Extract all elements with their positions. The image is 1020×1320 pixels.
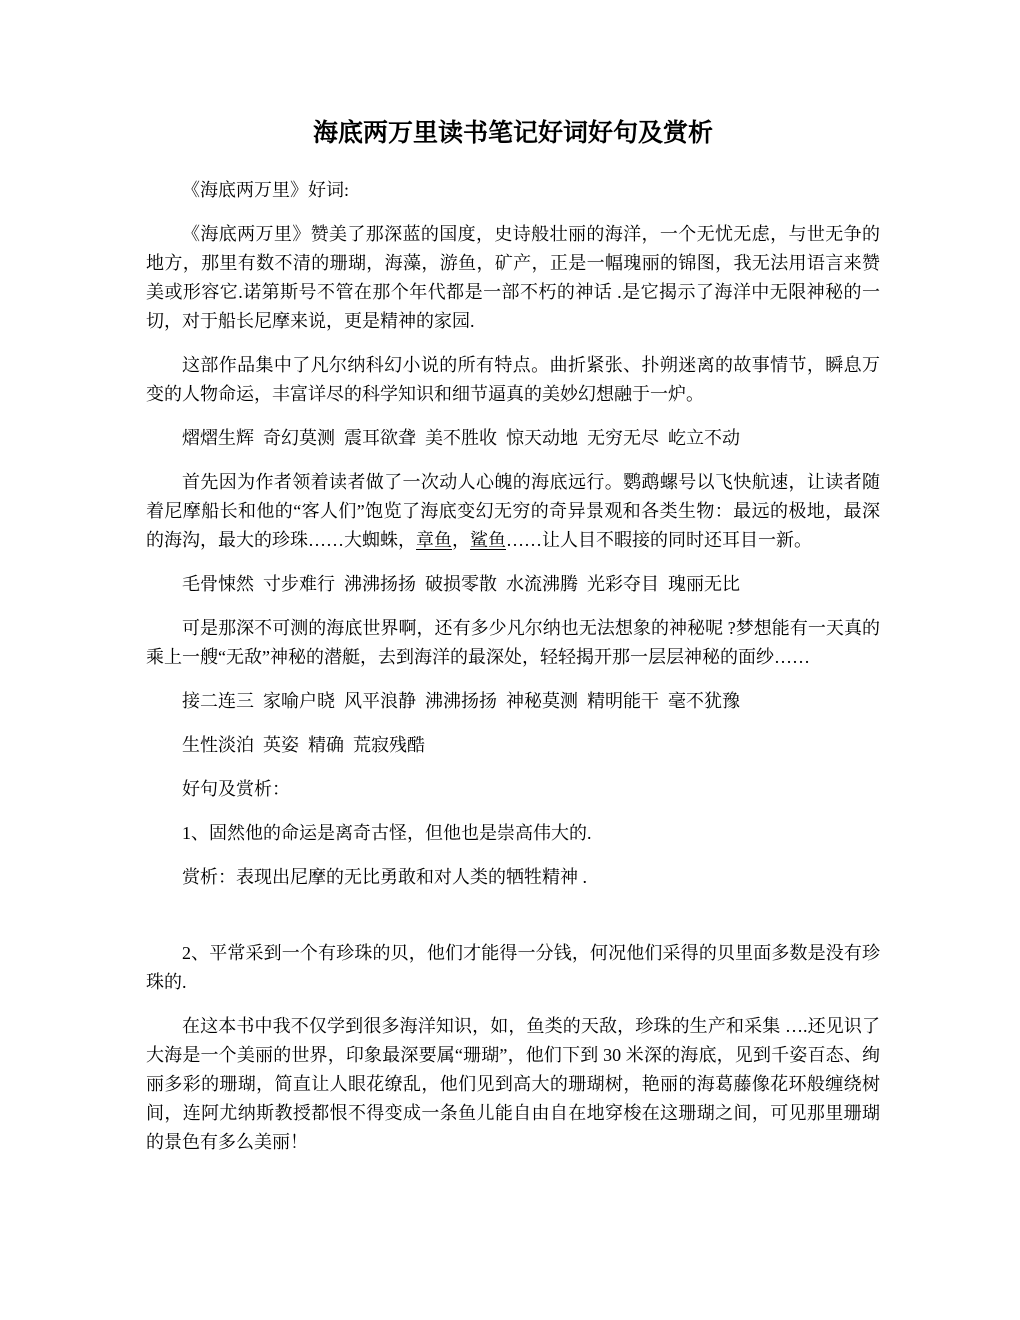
text-segment: ， <box>452 530 470 550</box>
paragraph-praise: 《海底两万里》赞美了那深蓝的国度，史诗般壮丽的海洋，一个无忧无虑，与世无争的地方… <box>146 220 880 336</box>
underlined-word: 鲨鱼 <box>470 530 506 550</box>
word-list-4: 生性淡泊 英姿 精确 荒寂残酷 <box>146 731 880 760</box>
analysis-1: 赏析：表现出尼摩的无比勇敢和对人类的牺牲精神 . <box>146 863 880 892</box>
word-list-2: 毛骨悚然 寸步难行 沸沸扬扬 破损零散 水流沸腾 光彩夺目 瑰丽无比 <box>146 570 880 599</box>
paragraph-features: 这部作品集中了凡尔纳科幻小说的所有特点。曲折紧张、扑朔迷离的故事情节，瞬息万变的… <box>146 351 880 409</box>
document-body: 《海底两万里》好词:《海底两万里》赞美了那深蓝的国度，史诗般壮丽的海洋，一个无忧… <box>146 176 880 1157</box>
good-sentences-label: 好句及赏析： <box>146 775 880 804</box>
sentence-1: 1、固然他的命运是离奇古怪，但他也是崇高伟大的. <box>146 819 880 848</box>
word-list-3: 接二连三 家喻户晓 风平浪静 沸沸扬扬 神秘莫测 精明能干 毫不犹豫 <box>146 687 880 716</box>
underlined-word: 章鱼 <box>416 530 452 550</box>
document-page: 海底两万里读书笔记好词好句及赏析 《海底两万里》好词:《海底两万里》赞美了那深蓝… <box>0 0 1020 1320</box>
paragraph-knowledge: 在这本书中我不仅学到很多海洋知识，如，鱼类的天敌，珍珠的生产和采集 ….还见识了… <box>146 1012 880 1157</box>
blank-line <box>146 907 880 924</box>
document-title: 海底两万里读书笔记好词好句及赏析 <box>146 118 880 150</box>
text-segment: ……让人目不暇接的同时还耳目一新。 <box>506 530 812 550</box>
paragraph-voyage: 首先因为作者领着读者做了一次动人心魄的海底远行。鹦鹉螺号以飞快航速，让读者随着尼… <box>146 468 880 555</box>
sentence-2: 2、平常采到一个有珍珠的贝，他们才能得一分钱，何况他们采得的贝里面多数是没有珍珠… <box>146 939 880 997</box>
paragraph-mystery: 可是那深不可测的海底世界啊，还有多少凡尔纳也无法想象的神秘呢 ?梦想能有一天真的… <box>146 614 880 672</box>
word-list-1: 熠熠生辉 奇幻莫测 震耳欲聋 美不胜收 惊天动地 无穷无尽 屹立不动 <box>146 424 880 453</box>
good-words-label: 《海底两万里》好词: <box>146 176 880 205</box>
